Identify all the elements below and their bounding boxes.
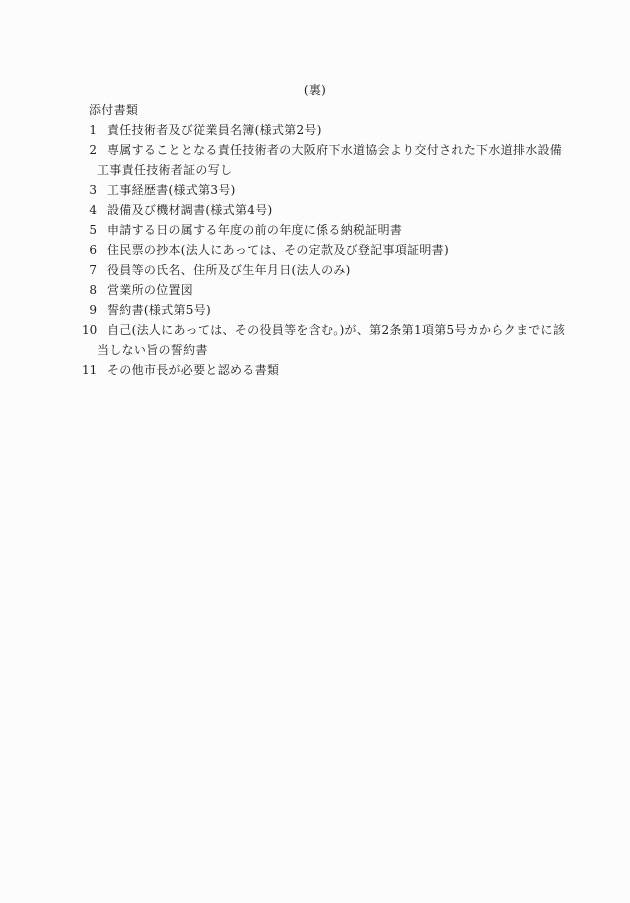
item-number: 6 xyxy=(82,240,97,260)
page-side-label: (裏) xyxy=(0,80,630,100)
list-item: 9誓約書(様式第5号) xyxy=(82,300,630,320)
item-continuation: 工事責任技術者証の写し xyxy=(82,160,630,180)
document-page: (裏) 添付書類 1責任技術者及び従業員名簿(様式第2号)2専属することとなる責… xyxy=(0,0,630,903)
item-number: 8 xyxy=(82,280,97,300)
list-item: 8営業所の位置図 xyxy=(82,280,630,300)
item-text: 住民票の抄本(法人にあっては、その定款及び登記事項証明書) xyxy=(107,243,449,257)
item-number: 3 xyxy=(82,180,97,200)
item-text: 専属することとなる責任技術者の大阪府下水道協会より交付された下水道排水設備 xyxy=(107,143,562,157)
item-text: 営業所の位置図 xyxy=(107,283,193,297)
item-number: 4 xyxy=(82,200,97,220)
item-number: 9 xyxy=(82,300,97,320)
list-item: 3工事経歴書(様式第3号) xyxy=(82,180,630,200)
item-number: 10 xyxy=(82,320,97,340)
list-item: 2専属することとなる責任技術者の大阪府下水道協会より交付された下水道排水設備 xyxy=(82,140,630,160)
section-title: 添付書類 xyxy=(89,100,630,120)
item-text: 責任技術者及び従業員名簿(様式第2号) xyxy=(107,123,322,137)
item-text: 誓約書(様式第5号) xyxy=(107,303,211,317)
item-number: 2 xyxy=(82,140,97,160)
list-item: 10自己(法人にあっては、その役員等を含む。)が、第2条第1項第5号カからクまで… xyxy=(82,320,630,340)
item-text: 設備及び機材調書(様式第4号) xyxy=(107,203,273,217)
item-number: 11 xyxy=(82,360,97,380)
item-continuation: 当しない旨の誓約書 xyxy=(82,340,630,360)
item-text: 役員等の氏名、住所及び生年月日(法人のみ) xyxy=(107,263,351,277)
item-text: 自己(法人にあっては、その役員等を含む。)が、第2条第1項第5号カからクまでに該 xyxy=(107,323,565,337)
item-number: 1 xyxy=(82,120,97,140)
list-item: 4設備及び機材調書(様式第4号) xyxy=(82,200,630,220)
list-item: 11その他市長が必要と認める書類 xyxy=(82,360,630,380)
list-item: 7役員等の氏名、住所及び生年月日(法人のみ) xyxy=(82,260,630,280)
item-text: その他市長が必要と認める書類 xyxy=(107,363,279,377)
list-item: 5申請する日の属する年度の前の年度に係る納税証明書 xyxy=(82,220,630,240)
list-item: 6住民票の抄本(法人にあっては、その定款及び登記事項証明書) xyxy=(82,240,630,260)
item-number: 7 xyxy=(82,260,97,280)
item-number: 5 xyxy=(82,220,97,240)
attachment-list: 1責任技術者及び従業員名簿(様式第2号)2専属することとなる責任技術者の大阪府下… xyxy=(82,120,630,380)
list-item: 1責任技術者及び従業員名簿(様式第2号) xyxy=(82,120,630,140)
item-text: 工事経歴書(様式第3号) xyxy=(107,183,236,197)
item-text: 申請する日の属する年度の前の年度に係る納税証明書 xyxy=(107,223,402,237)
document-content: (裏) 添付書類 1責任技術者及び従業員名簿(様式第2号)2専属することとなる責… xyxy=(0,0,630,380)
